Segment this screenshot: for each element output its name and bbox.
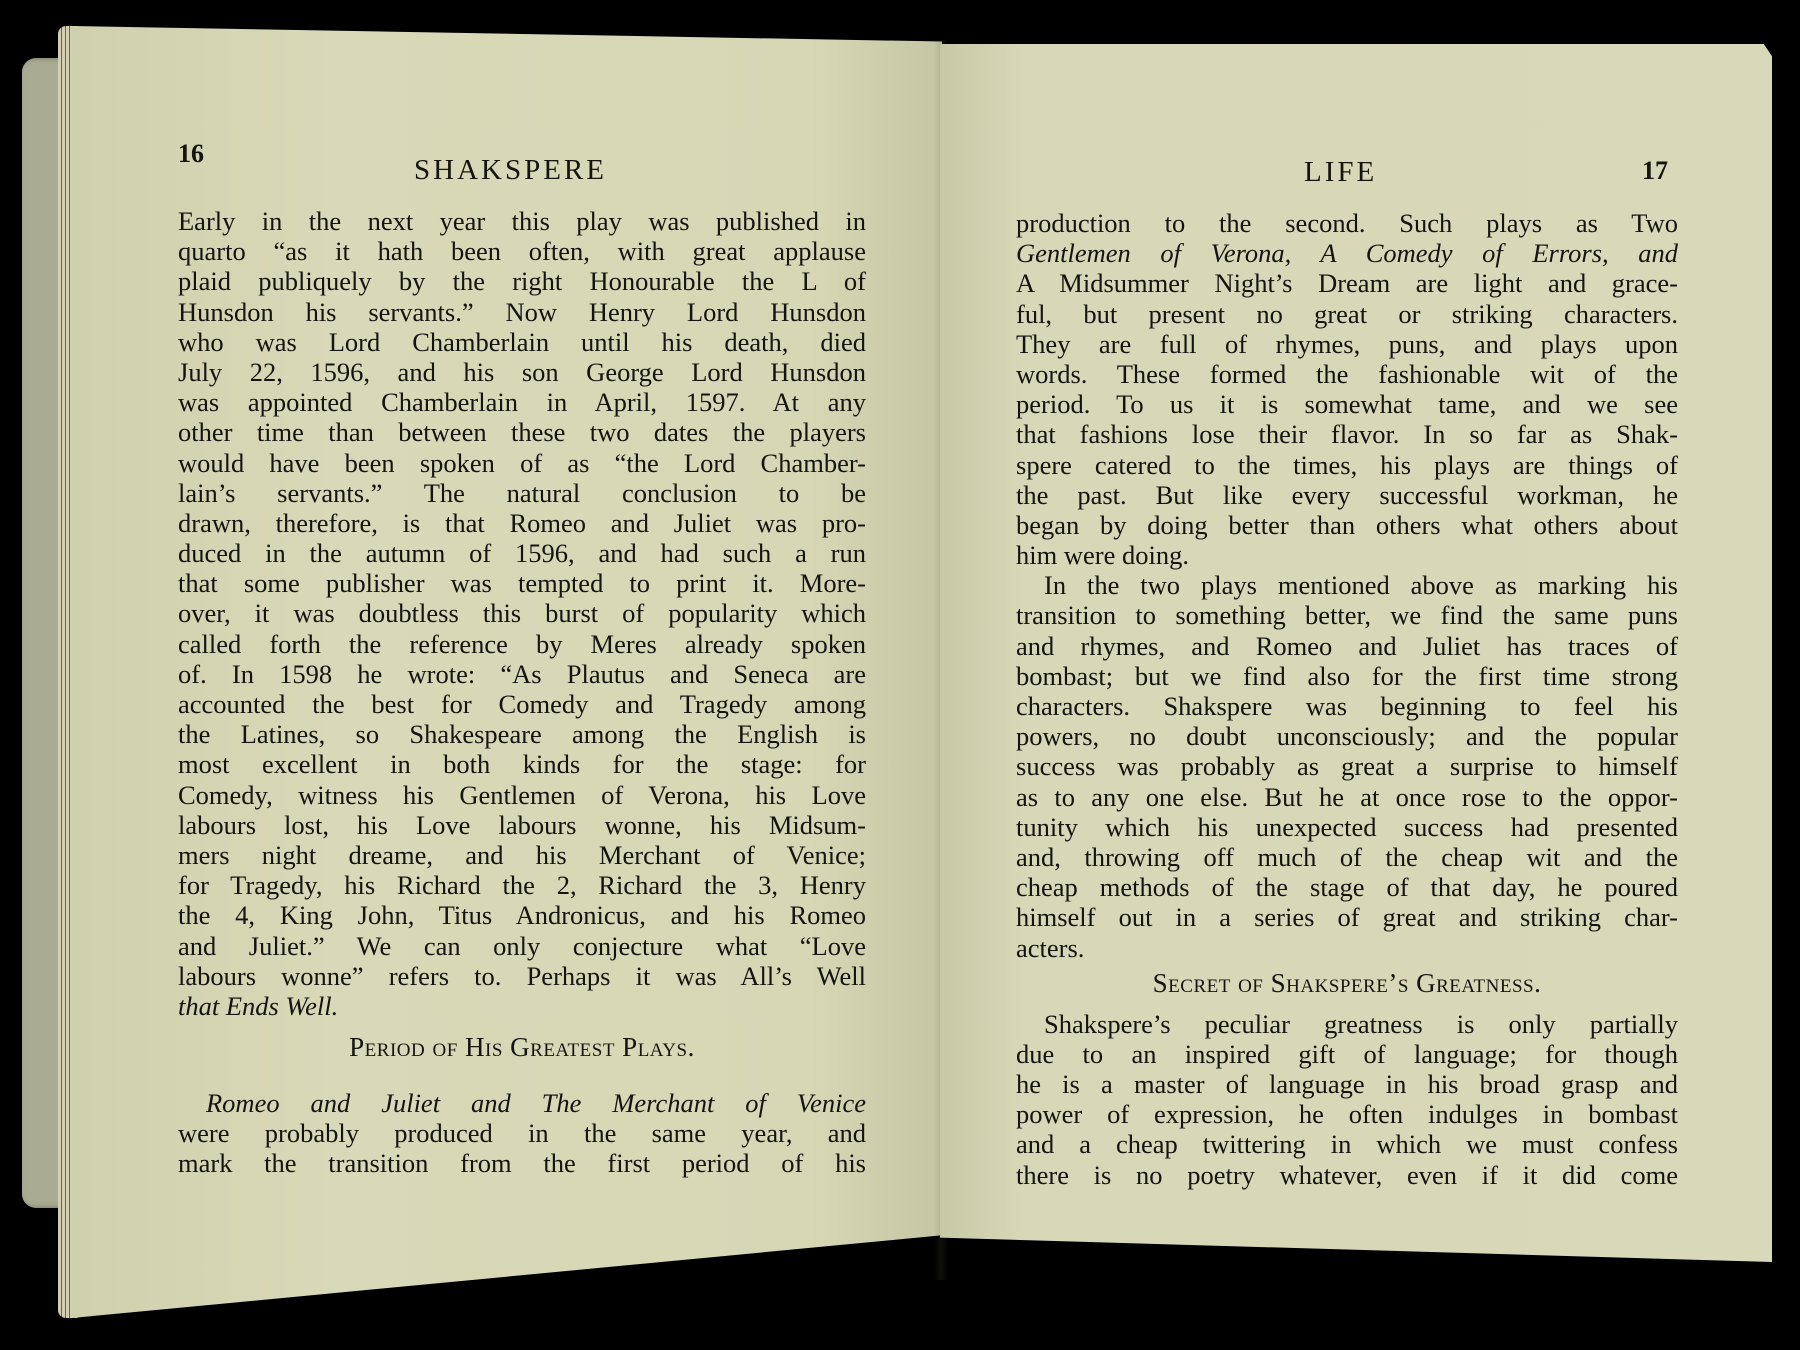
text-line: the past. But like every successful work…	[1016, 480, 1678, 510]
text-line: as to any one else. But he at once rose …	[1016, 782, 1678, 812]
text-line: accounted the best for Comedy and Traged…	[178, 689, 866, 719]
text-line: that some publisher was tempted to print…	[178, 568, 866, 598]
text-line: and rhymes, and Romeo and Juliet has tra…	[1016, 631, 1678, 661]
text-line: himself out in a series of great and str…	[1016, 902, 1678, 932]
text-line: mers night dreame, and his Merchant of V…	[178, 840, 866, 870]
text-line: bombast; but we find also for the first …	[1016, 661, 1678, 691]
text-line: spere catered to the times, his plays ar…	[1016, 450, 1678, 480]
text-line: mark the transition from the first perio…	[178, 1148, 866, 1178]
text-line: cheap methods of the stage of that day, …	[1016, 872, 1678, 902]
text-line: plaid publiquely by the right Honourable…	[178, 266, 866, 296]
text-line: the Latines, so Shakespeare among the En…	[178, 719, 866, 749]
text-line: transition to something better, we find …	[1016, 600, 1678, 630]
text-line: labours wonne” refers to. Perhaps it was…	[178, 961, 866, 991]
text-line: would have been spoken of as “the Lord C…	[178, 448, 866, 478]
text-line: were probably produced in the same year,…	[178, 1118, 866, 1148]
text-line: Early in the next year this play was pub…	[178, 206, 866, 236]
text-line: Hunsdon his servants.” Now Henry Lord Hu…	[178, 297, 866, 327]
text-line: They are full of rhymes, puns, and plays…	[1016, 329, 1678, 359]
text-line: acters.	[1016, 933, 1678, 963]
text-line: due to an inspired gift of language; for…	[1016, 1039, 1678, 1069]
text-line: lain’s servants.” The natural conclusion…	[178, 478, 866, 508]
text-line: for Tragedy, his Richard the 2, Richard …	[178, 870, 866, 900]
text-line: tunity which his unexpected success had …	[1016, 812, 1678, 842]
right-page: LIFE 17 production to the second. Such p…	[940, 44, 1772, 1262]
text-line: and, throwing off much of the cheap wit …	[1016, 842, 1678, 872]
text-line: that fashions lose their flavor. In so f…	[1016, 419, 1678, 449]
text-line: began by doing better than others what o…	[1016, 510, 1678, 540]
text-line: words. These formed the fashionable wit …	[1016, 359, 1678, 389]
text-line: power of expression, he often indulges i…	[1016, 1099, 1678, 1129]
left-section-text: Romeo and Juliet and The Merchant of Ven…	[178, 1088, 866, 1179]
text-line: quarto “as it hath been often, with grea…	[178, 236, 866, 266]
text-line: of. In 1598 he wrote: “As Plautus and Se…	[178, 659, 866, 689]
text-line: Romeo and Juliet and The Merchant of Ven…	[178, 1088, 866, 1118]
text-line: who was Lord Chamberlain until his death…	[178, 327, 866, 357]
text-line: Shakspere’s peculiar greatness is only p…	[1016, 1009, 1678, 1039]
text-line: he is a master of language in his broad …	[1016, 1069, 1678, 1099]
text-line: other time than between these two dates …	[178, 417, 866, 447]
text-line: labours lost, his Love labours wonne, hi…	[178, 810, 866, 840]
text-line: powers, no doubt unconsciously; and the …	[1016, 721, 1678, 751]
text-line: period. To us it is somewhat tame, and w…	[1016, 389, 1678, 419]
text-line: Comedy, witness his Gentlemen of Verona,…	[178, 780, 866, 810]
text-line: that Ends Well.	[178, 991, 866, 1021]
text-line: duced in the autumn of 1596, and had suc…	[178, 538, 866, 568]
text-line: drawn, therefore, is that Romeo and Juli…	[178, 508, 866, 538]
text-line: and a cheap twittering in which we must …	[1016, 1129, 1678, 1159]
text-line: there is no poetry whatever, even if it …	[1016, 1160, 1678, 1190]
text-line: ful, but present no great or striking ch…	[1016, 299, 1678, 329]
text-line: In the two plays mentioned above as mark…	[1016, 570, 1678, 600]
text-line: most excellent in both kinds for the sta…	[178, 749, 866, 779]
running-head-left: SHAKSPERE	[414, 154, 607, 187]
section-heading-secret-greatness: Secret of Shakspere’s Greatness.	[1016, 963, 1678, 1003]
text-line: July 22, 1596, and his son George Lord H…	[178, 357, 866, 387]
text-line: success was probably as great a surprise…	[1016, 751, 1678, 781]
text-line: characters. Shakspere was beginning to f…	[1016, 691, 1678, 721]
text-line: production to the second. Such plays as …	[1016, 208, 1678, 238]
section-heading-greatest-plays: Period of His Greatest Plays.	[178, 1027, 866, 1067]
left-page: 16 SHAKSPERE Early in the next year this…	[72, 26, 942, 1318]
text-line: the 4, King John, Titus Andronicus, and …	[178, 900, 866, 930]
page-number-left: 16	[178, 139, 204, 169]
text-line: over, it was doubtless this burst of pop…	[178, 598, 866, 628]
text-line: was appointed Chamberlain in April, 1597…	[178, 387, 866, 417]
text-line: A Midsummer Night’s Dream are light and …	[1016, 268, 1678, 298]
page-number-right: 17	[1642, 156, 1668, 186]
text-line: and Juliet.” We can only conjecture what…	[178, 931, 866, 961]
text-line: Gentlemen of Verona, A Comedy of Errors,…	[1016, 238, 1678, 268]
right-body-text: production to the second. Such plays as …	[1016, 208, 1678, 1190]
running-head-right: LIFE	[1304, 156, 1377, 189]
left-body-text: Early in the next year this play was pub…	[178, 206, 866, 1067]
text-line: him were doing.	[1016, 540, 1678, 570]
text-line: called forth the reference by Meres alre…	[178, 629, 866, 659]
